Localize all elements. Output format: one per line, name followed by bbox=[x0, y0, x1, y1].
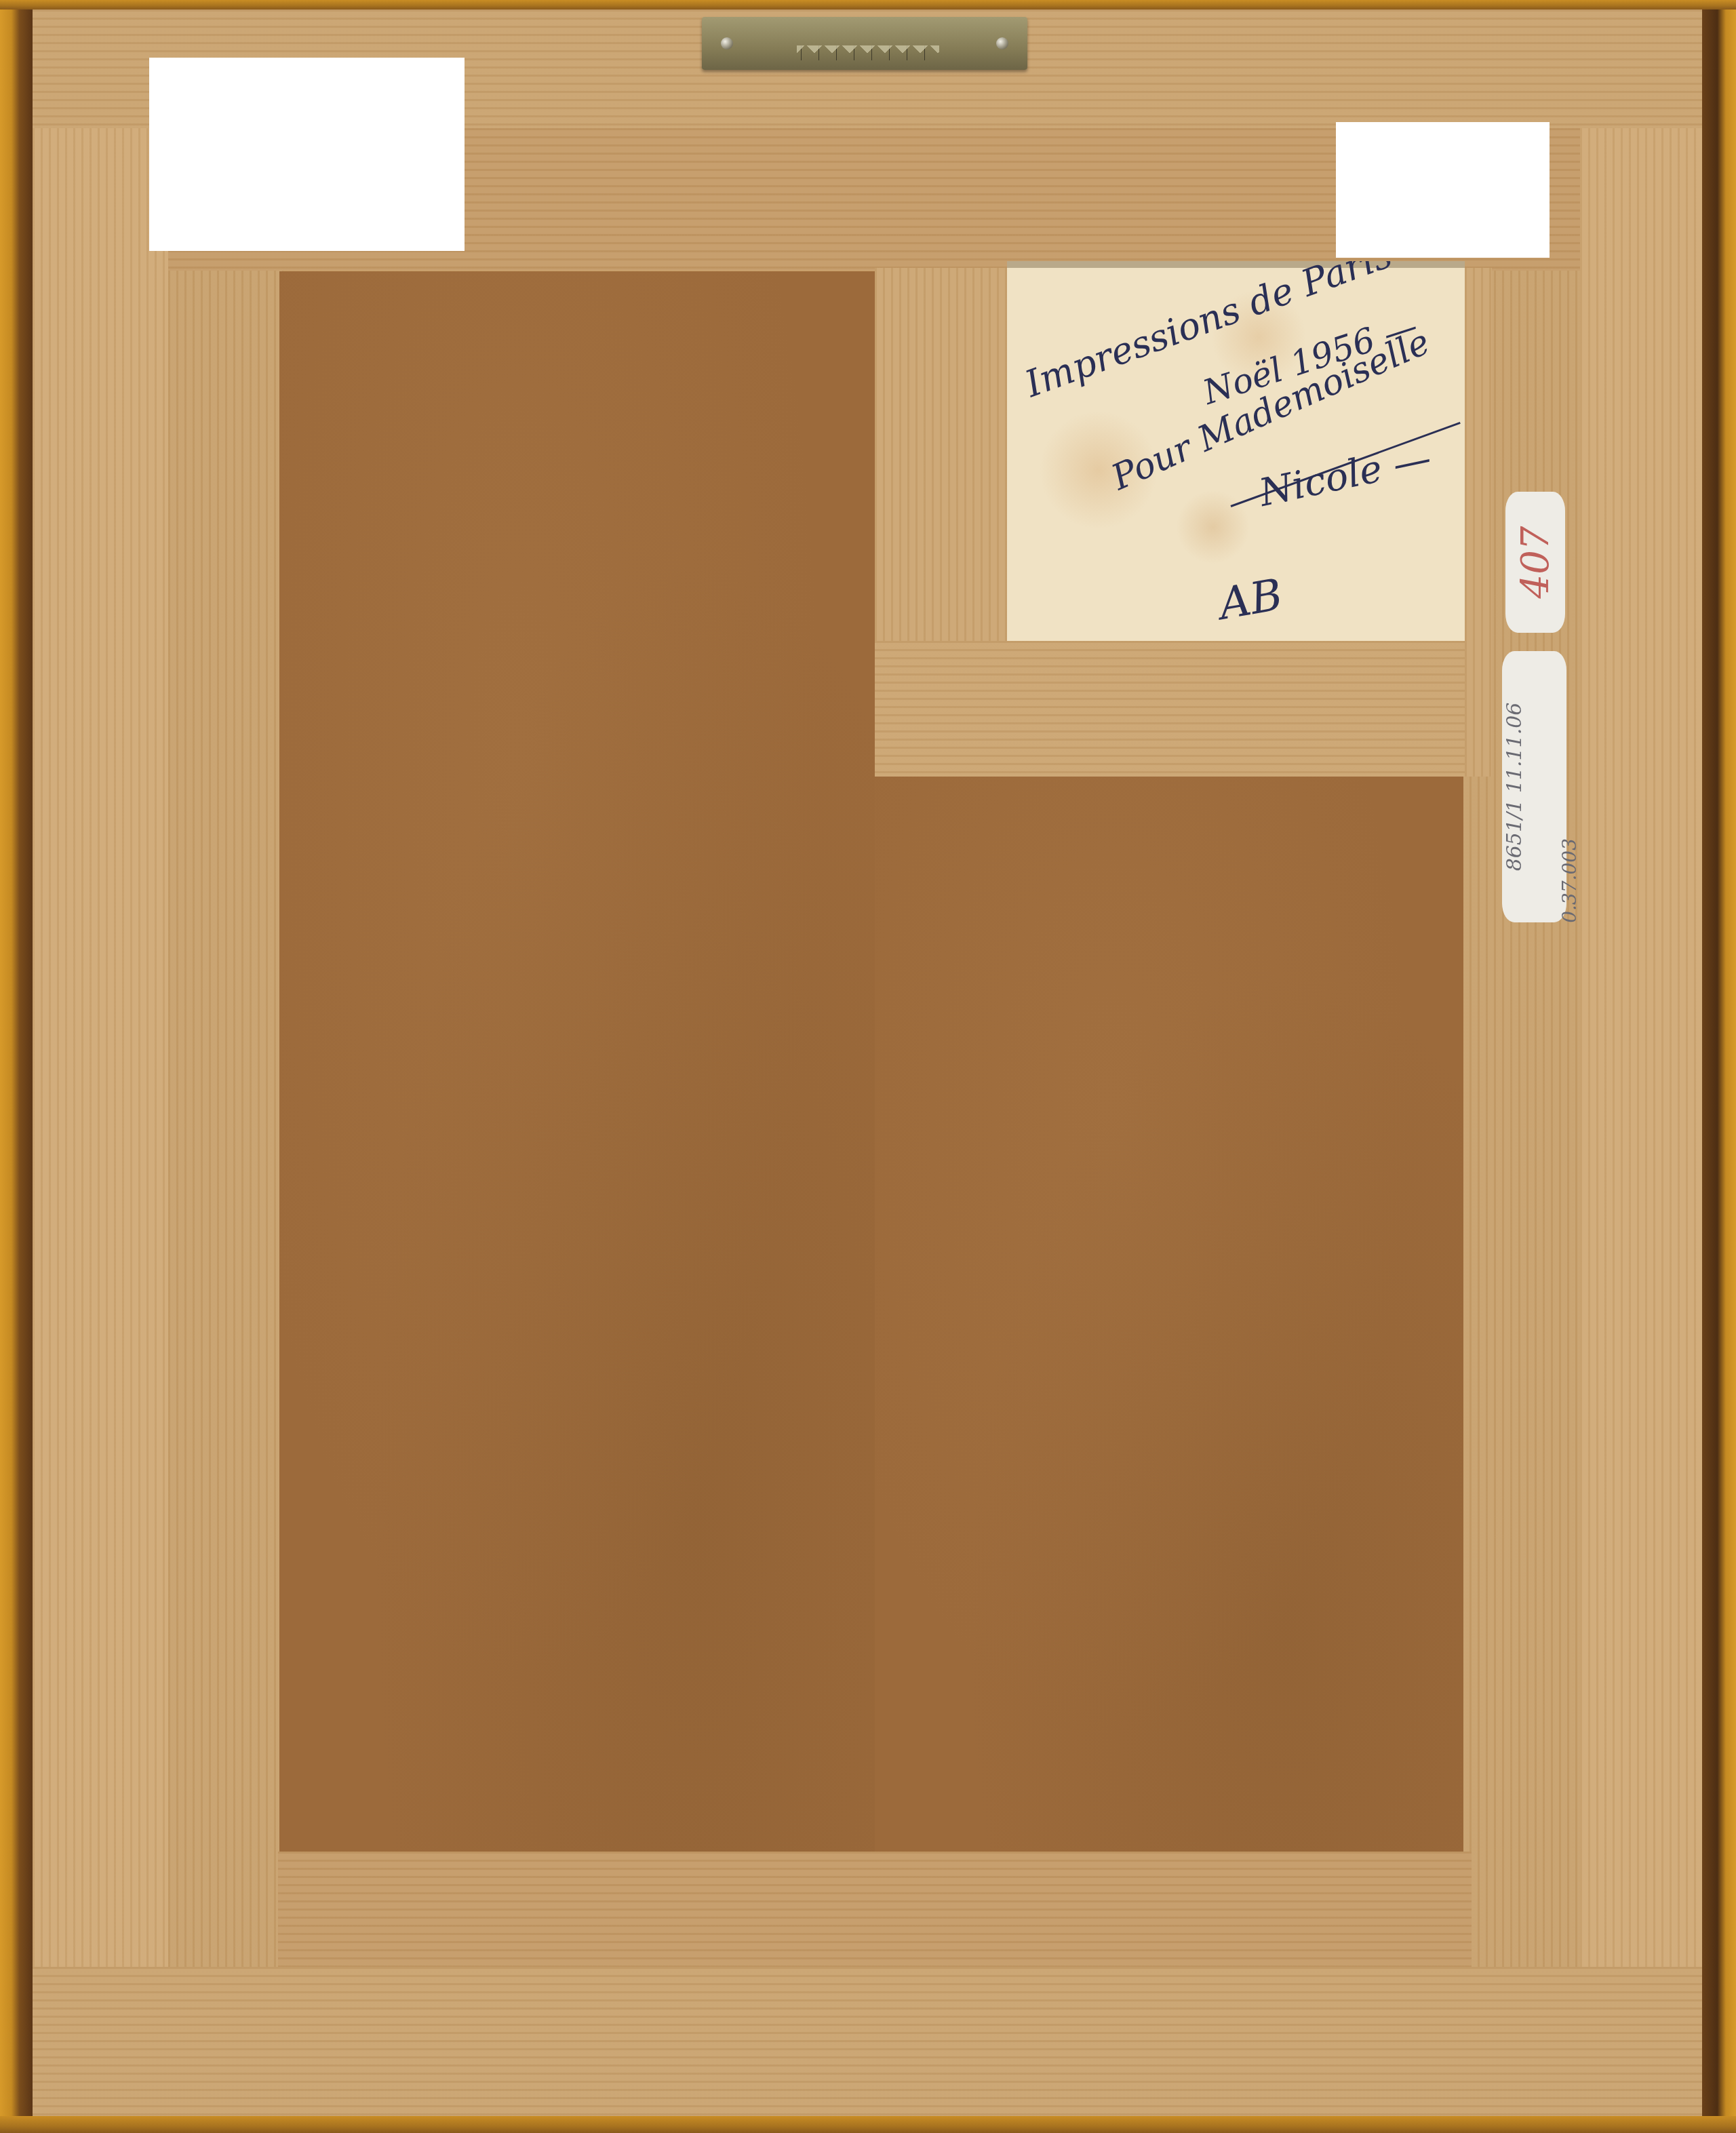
dedication-line-4: Nicole — bbox=[1255, 436, 1435, 515]
hardboard-backing-lower-right bbox=[875, 777, 1463, 1852]
tape-bottom-outer bbox=[33, 1967, 1702, 2116]
nail-right-icon bbox=[996, 37, 1008, 50]
hanger-teeth bbox=[797, 45, 939, 60]
sticker-reference-line-2: 0.37.003 bbox=[1558, 838, 1581, 923]
tape-left-outer bbox=[33, 9, 168, 2116]
sticker-number: 407 bbox=[1514, 526, 1558, 599]
tape-label-bottom bbox=[875, 641, 1465, 777]
tape-right-outer bbox=[1580, 9, 1702, 2116]
frame-bottom-edge bbox=[0, 2116, 1736, 2133]
inventory-sticker-reference: 8651/1 11.11.06 0.37.003 bbox=[1502, 651, 1566, 922]
artist-signature: AB bbox=[1215, 570, 1286, 630]
tape-bottom-inner bbox=[278, 1852, 1472, 1967]
tape-label-right bbox=[1465, 268, 1492, 777]
redacted-area-top-left bbox=[149, 58, 465, 251]
tape-left-inner bbox=[168, 128, 283, 1967]
sticker-reference-line-1: 8651/1 11.11.06 bbox=[1502, 703, 1526, 872]
hardboard-backing-left bbox=[279, 271, 876, 1852]
frame-right-edge bbox=[1702, 0, 1736, 2133]
dedication-label: Impressions de Paris Noël 1956 — Pour Ma… bbox=[1007, 261, 1465, 641]
redacted-area-top-right bbox=[1336, 122, 1550, 258]
nail-left-icon bbox=[721, 37, 733, 50]
frame-top-edge bbox=[0, 0, 1736, 9]
inventory-sticker-407: 407 bbox=[1505, 492, 1565, 633]
sawtooth-hanger-icon bbox=[702, 17, 1027, 70]
frame-left-edge bbox=[0, 0, 33, 2133]
